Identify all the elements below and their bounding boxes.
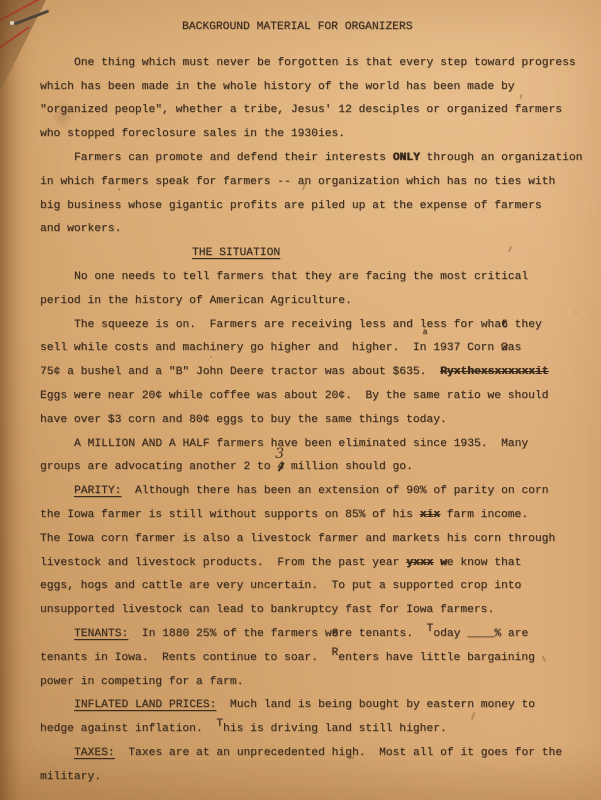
- text-line: INFLATED LAND PRICES: Much land is being…: [40, 694, 591, 718]
- text-line: big business whose gigantic profits are …: [40, 195, 591, 219]
- text-line: A MILLION AND A HALF farmers have been e…: [40, 433, 591, 457]
- text-line: Eggs were near 20¢ while coffee was abou…: [40, 385, 591, 409]
- overtyped-correction: 6t: [501, 314, 508, 338]
- document-title: BACKGROUND MATERIAL FOR ORGANIZERS: [40, 16, 591, 40]
- text-line: period in the history of American Agricu…: [40, 290, 591, 314]
- text-line: PARITY: Although there has been an exten…: [40, 480, 591, 504]
- text-line: who stopped foreclosure sales in the 193…: [40, 123, 591, 147]
- text-line: eggs, hogs and cattle are very uncertain…: [40, 575, 591, 599]
- text-line: military.: [40, 766, 591, 790]
- document-body: BACKGROUND MATERIAL FOR ORGANIZERSOne th…: [40, 16, 591, 790]
- text-line: the Iowa farmer is still without support…: [40, 504, 591, 528]
- text-line: sell while costs and machinery go higher…: [40, 337, 591, 361]
- handwritten-correction: 43: [277, 456, 284, 480]
- text-line: power in competing for a farm.: [40, 671, 591, 695]
- text-line: in which farmers speak for farmers -- an…: [40, 171, 591, 195]
- overtyped-correction: 8e: [332, 623, 339, 647]
- text-line: The Iowa corn farmer is also a livestock…: [40, 528, 591, 552]
- text-line: TAXES: Taxes are at an unprecedented hig…: [40, 742, 591, 766]
- text-line: which has been made in the whole history…: [40, 76, 591, 100]
- text-line: livestock and livestock products. From t…: [40, 552, 591, 576]
- text-line: One thing which must never be forgotten …: [40, 52, 591, 76]
- text-line: 75¢ a bushel and a "B" John Deere tracto…: [40, 361, 591, 385]
- text-line: have over $3 corn and 80¢ eggs to buy th…: [40, 409, 591, 433]
- text-line: tenants in Iowa. Rents continue to soar.…: [40, 647, 591, 671]
- scanned-document-page: BACKGROUND MATERIAL FOR ORGANIZERSOne th…: [0, 0, 601, 800]
- text-line: "organized people", whether a tribe, Jes…: [40, 99, 591, 123]
- text-line: unsupported livestock can lead to bankru…: [40, 599, 591, 623]
- text-line: and workers.: [40, 218, 591, 242]
- text-line: No one needs to tell farmers that they a…: [40, 266, 591, 290]
- text-line: Farmers can promote and defend their int…: [40, 147, 591, 171]
- section-heading: THE SITUATION: [40, 242, 591, 266]
- text-line: The squeeze is on. Farmers are receiving…: [40, 314, 591, 338]
- overtyped-correction: 2w: [501, 337, 508, 361]
- text-line: groups are advocating another 2 to 43 mi…: [40, 456, 591, 480]
- typed-insertion: Ina: [413, 337, 427, 361]
- text-line: hedge against inflation. This is driving…: [40, 718, 591, 742]
- page-left-edge: [0, 0, 22, 800]
- text-line: TENANTS: In 1880 25% of the farmers w8er…: [40, 623, 591, 647]
